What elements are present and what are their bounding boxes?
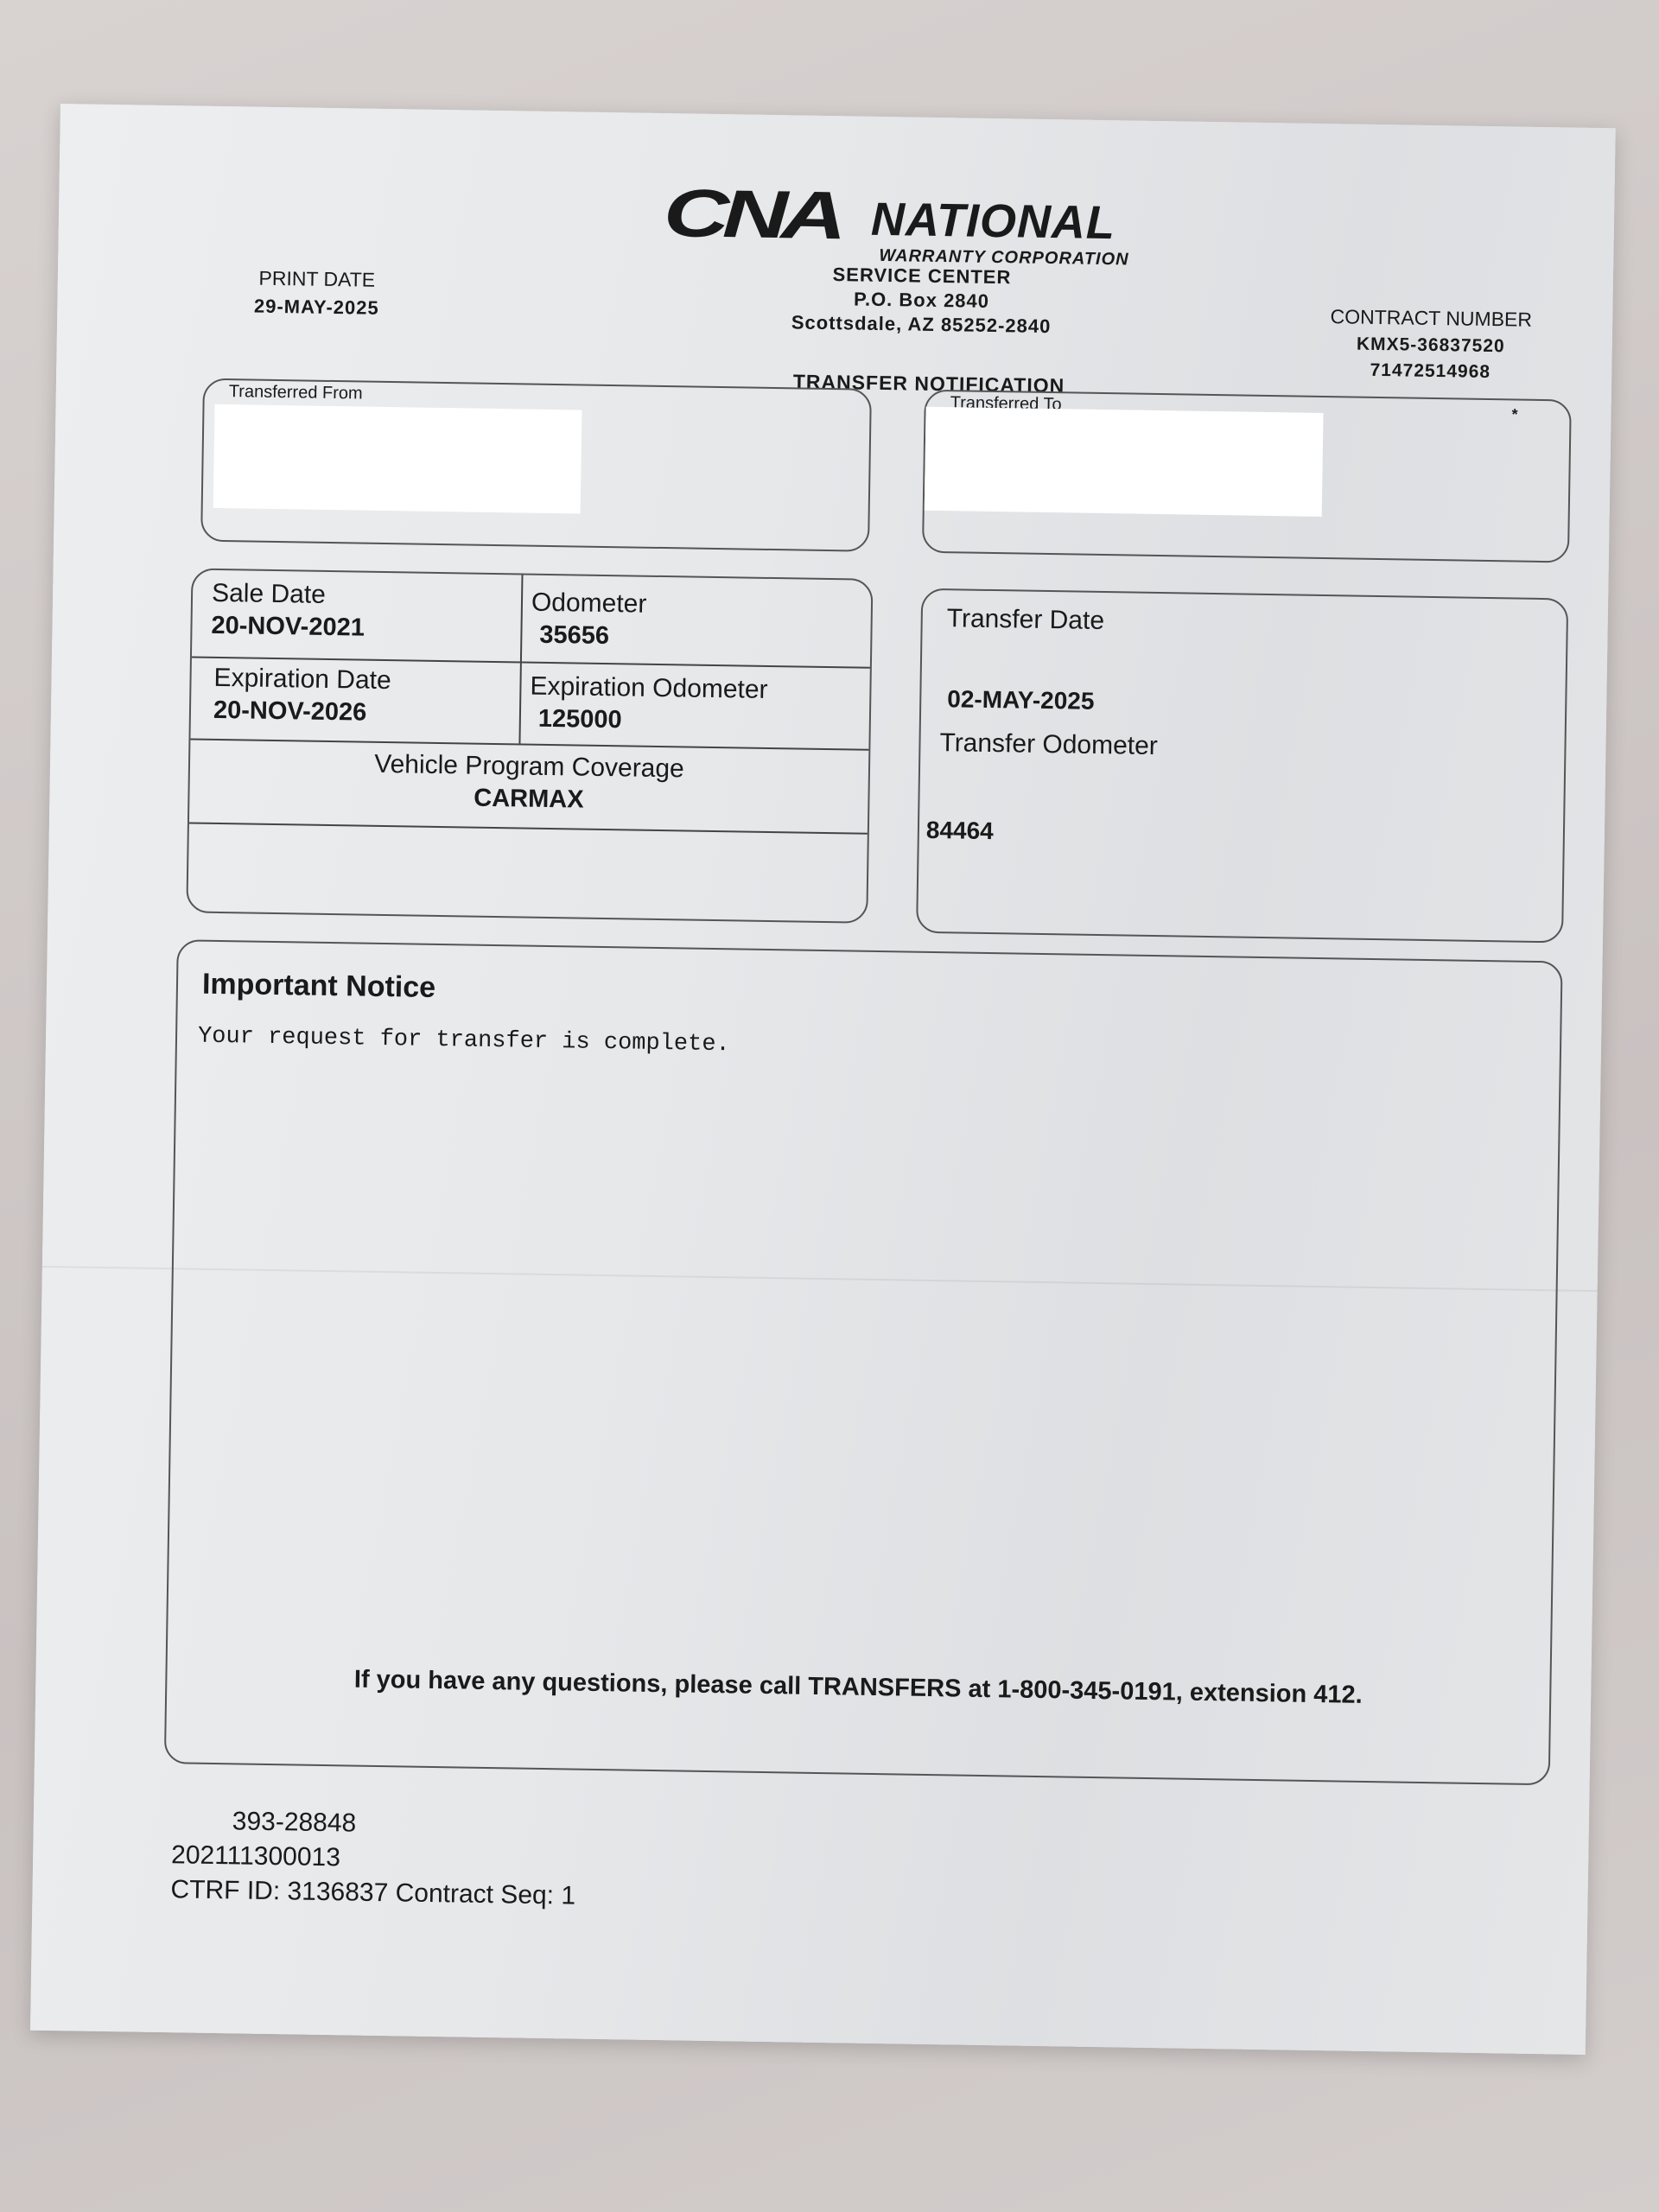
odometer-label: Odometer <box>531 588 647 620</box>
print-date-value: 29-MAY-2025 <box>213 295 420 321</box>
transferred-from-label: Transferred From <box>229 382 363 404</box>
expiration-date-label: Expiration Date <box>213 664 391 696</box>
notice-message: Your request for transfer is complete. <box>198 1024 730 1058</box>
contract-number-label: CONTRACT NUMBER <box>1301 305 1560 333</box>
transfer-details-box: Transfer Date 02-MAY-2025 Transfer Odome… <box>916 588 1568 944</box>
to-marker: * <box>1511 405 1517 423</box>
transfer-notification-document: CNA NATIONAL WARRANTY CORPORATION SERVIC… <box>30 104 1616 2055</box>
notice-title: Important Notice <box>202 968 436 1005</box>
important-notice-box: Important Notice Your request for transf… <box>164 939 1563 1785</box>
transfer-date-value: 02-MAY-2025 <box>947 685 1095 715</box>
footer-line-3: CTRF ID: 3136837 Contract Seq: 1 <box>170 1872 575 1913</box>
transfer-odometer-label: Transfer Odometer <box>939 728 1158 761</box>
row-divider <box>189 822 868 834</box>
logo-name: NATIONAL <box>871 193 1116 250</box>
sale-date-label: Sale Date <box>212 579 365 611</box>
column-divider <box>518 575 523 743</box>
transferred-to-box: Transferred To * <box>922 390 1572 563</box>
odometer-value: 35656 <box>531 621 646 652</box>
sale-date-value: 20-NOV-2021 <box>211 612 365 643</box>
logo-mark: CNA <box>663 174 840 255</box>
contract-number-value: KMX5-36837520 <box>1301 334 1560 359</box>
coverage-cell: Vehicle Program Coverage CARMAX <box>189 747 868 818</box>
notice-contact-line: If you have any questions, please call T… <box>167 1662 1549 1713</box>
coverage-value: CARMAX <box>189 779 868 818</box>
transferred-from-box: Transferred From <box>200 378 872 552</box>
address-line: Scottsdale, AZ 85252-2840 <box>740 309 1103 340</box>
contract-number-block: CONTRACT NUMBER KMX5-36837520 7147251496… <box>1300 305 1560 385</box>
company-address: SERVICE CENTER P.O. Box 2840 Scottsdale,… <box>740 261 1103 340</box>
expiration-date-value: 20-NOV-2026 <box>213 696 391 728</box>
expiration-odometer-cell: Expiration Odometer 125000 <box>530 672 768 737</box>
expiration-odometer-label: Expiration Odometer <box>530 672 768 705</box>
sale-date-cell: Sale Date 20-NOV-2021 <box>211 579 365 643</box>
print-date-label: PRINT DATE <box>213 266 421 293</box>
contract-number-secondary: 71472514968 <box>1300 359 1560 385</box>
transfer-date-label: Transfer Date <box>946 604 1104 636</box>
redacted-from-name <box>213 404 582 514</box>
contract-details-box: Sale Date 20-NOV-2021 Odometer 35656 Exp… <box>186 568 873 923</box>
print-date-block: PRINT DATE 29-MAY-2025 <box>213 266 421 321</box>
footer-identifiers: 393-28848 202111300013 CTRF ID: 3136837 … <box>170 1803 576 1913</box>
redacted-to-name <box>925 407 1324 517</box>
expiration-date-cell: Expiration Date 20-NOV-2026 <box>213 664 391 728</box>
transfer-odometer-value: 84464 <box>926 817 994 845</box>
company-logo: CNA NATIONAL WARRANTY CORPORATION <box>663 174 1166 276</box>
expiration-odometer-value: 125000 <box>530 705 768 737</box>
odometer-cell: Odometer 35656 <box>531 588 646 652</box>
